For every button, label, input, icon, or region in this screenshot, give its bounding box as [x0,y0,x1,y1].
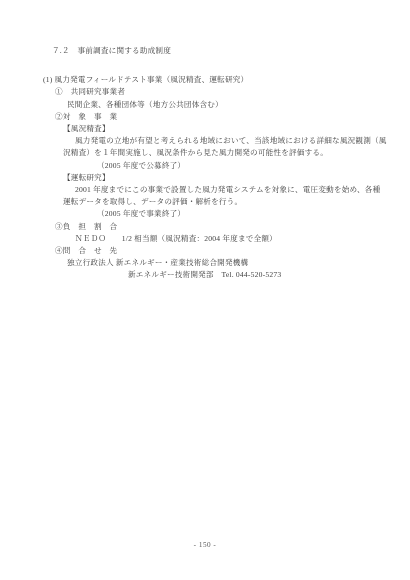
page-number: - 150 - [0,541,410,549]
contact-organization: 独立行政法人 新エネルギー・産業技術総合開発機構 [67,257,410,269]
operation-research-text-line1: 2001 年度までにこの事業で設置した風力発電システムを対象に、電圧変動を始め、… [75,184,410,196]
joint-research-body: 民間企業、各種団体等（地方公共団体含む） [67,99,410,111]
document-content: ７.２ 事前調査に関する助成制度 (1) 風力発電フィールドテスト事業（風況精査… [0,45,410,282]
joint-research-label: ① 共同研究事業者 [55,86,410,98]
subsection-title: (1) 風力発電フィールドテスト事業（風況精査、運転研究） [43,74,410,86]
document-page: ７.２ 事前調査に関する助成制度 (1) 風力発電フィールドテスト事業（風況精査… [0,0,410,580]
operation-research-text-line2: 運転データを取得し、データの評価・解析を行う。 [63,196,410,208]
contact-department-phone: 新エネルギー技術開発部 Tel. 044-520-5273 [128,269,410,281]
wind-survey-note: （2005 年度で公募終了） [97,160,410,172]
cost-share-label: ③負 担 割 合 [55,221,410,233]
operation-research-note: （2005 年度で事業終了） [97,208,410,220]
wind-survey-text-line1: 風力発電の立地が有望と考えられる地域において、当該地域における詳細な風況観測（風 [75,135,410,147]
target-business-label: ②対 象 事 業 [55,111,410,123]
wind-survey-header: 【風況精査】 [63,123,410,135]
cost-share-body: ＮＥＤＯ 1/2 相当額（風況精査：2004 年度まで全額） [75,233,410,245]
contact-label: ④問 合 せ 先 [55,245,410,257]
operation-research-header: 【運転研究】 [63,172,410,184]
section-heading: ７.２ 事前調査に関する助成制度 [52,45,410,57]
wind-survey-text-line2: 況精査）を１年間実施し、風況条件から見た風力開発の可能性を評価する。 [63,147,410,159]
